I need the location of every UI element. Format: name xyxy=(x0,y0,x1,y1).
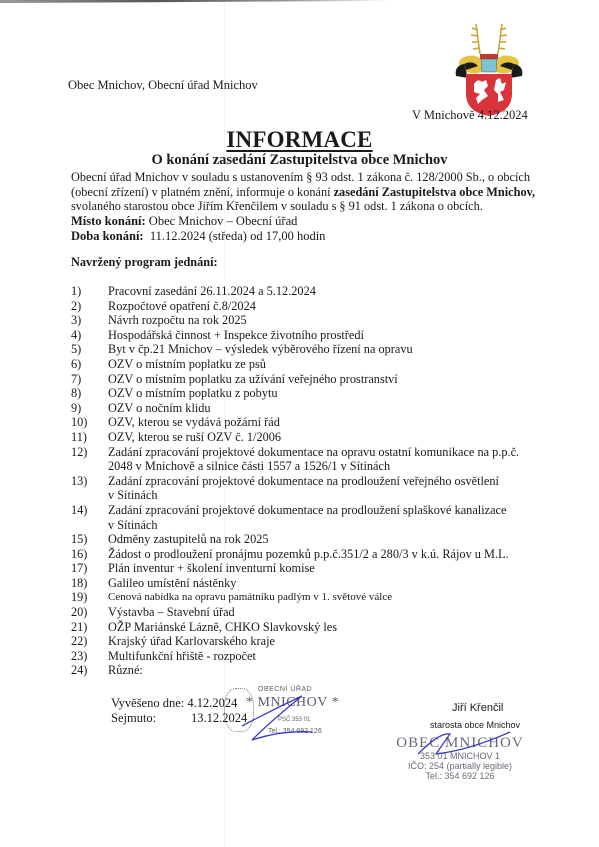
agenda-item: 8)OZV o místním poplatku z pobytu xyxy=(71,386,551,401)
agenda-item: 7)OZV o místním poplatku za užívání veře… xyxy=(71,372,551,387)
agenda-item-text-continued: v Sítinách xyxy=(108,488,551,503)
agenda-item: 12)Zadání zpracování projektové dokument… xyxy=(71,445,551,474)
agenda-item-text: Galileo umístění nástěnky xyxy=(108,576,551,591)
agenda-item-number: 3) xyxy=(71,313,101,328)
agenda-item: 17)Plán inventur + školení inventurní ko… xyxy=(71,561,551,576)
agenda-item-number: 6) xyxy=(71,357,101,372)
agenda-item: 19)Cenová nabídka na opravu památníku pa… xyxy=(71,590,551,605)
program-label: Navržený program jednání: xyxy=(71,255,218,270)
agenda-item-number: 23) xyxy=(71,649,101,664)
agenda-item-text: Odměny zastupitelů na rok 2025 xyxy=(108,532,551,547)
agenda-item-text: Pracovní zasedání 26.11.2024 a 5.12.2024 xyxy=(108,284,551,299)
agenda-item: 2)Rozpočtové opatření č.8/2024 xyxy=(71,299,551,314)
agenda-item-text: Cenová nabídka na opravu památníku padlý… xyxy=(108,590,551,605)
agenda-item-text: Hospodářská činnost + Inspekce životního… xyxy=(108,328,551,343)
agenda-item-number: 5) xyxy=(71,342,101,357)
agenda-item-text: OZV o místním poplatku za užívání veřejn… xyxy=(108,372,551,387)
agenda-item: 24)Různé: xyxy=(71,663,551,678)
agenda-item-number: 20) xyxy=(71,605,101,620)
signature-scribble-right xyxy=(410,728,520,758)
agenda-item: 18)Galileo umístění nástěnky xyxy=(71,576,551,591)
agenda-item-number: 7) xyxy=(71,372,101,387)
agenda-item-text-continued: v Sítinách xyxy=(108,518,551,533)
agenda-list: 1)Pracovní zasedání 26.11.2024 a 5.12.20… xyxy=(71,284,551,678)
agenda-item-number: 18) xyxy=(71,576,101,591)
document-subtitle: O konání zasedání Zastupitelstva obce Mn… xyxy=(0,152,599,169)
agenda-item-number: 21) xyxy=(71,620,101,635)
agenda-item-text: Byt v čp.21 Mnichov – výsledek výběrovéh… xyxy=(108,342,551,357)
agenda-item: 21)OŽP Mariánské Lázně, CHKO Slavkovský … xyxy=(71,620,551,635)
agenda-item-number: 14) xyxy=(71,503,101,518)
agenda-item-text-continued: 2048 v Mnichově a silnice části 1557 a 1… xyxy=(108,459,551,474)
agenda-item-text: Zadání zpracování projektové dokumentace… xyxy=(108,474,551,489)
agenda-item: 20)Výstavba – Stavební úřad xyxy=(71,605,551,620)
signatory-name: Jiří Křenčil xyxy=(452,702,503,714)
agenda-item-number: 16) xyxy=(71,547,101,562)
agenda-item-number: 8) xyxy=(71,386,101,401)
agenda-item: 4)Hospodářská činnost + Inspekce životní… xyxy=(71,328,551,343)
agenda-item-text: OZV o místním poplatku ze psů xyxy=(108,357,551,372)
agenda-item: 14)Zadání zpracování projektové dokument… xyxy=(71,503,551,532)
agenda-item-number: 11) xyxy=(71,430,101,445)
agenda-item-text: OZV o místním poplatku z pobytu xyxy=(108,386,551,401)
agenda-item-text: Plán inventur + školení inventurní komis… xyxy=(108,561,551,576)
agenda-item-number: 1) xyxy=(71,284,101,299)
meeting-time: Doba konání: 11.12.2024 (středa) od 17,0… xyxy=(71,229,325,244)
agenda-item-number: 19) xyxy=(71,590,101,605)
agenda-item: 23)Multifunkční hřiště - rozpočet xyxy=(71,649,551,664)
agenda-item: 11)OZV, kterou se ruší OZV č. 1/2006 xyxy=(71,430,551,445)
agenda-item-number: 22) xyxy=(71,634,101,649)
agenda-item-text: Zadání zpracování projektové dokumentace… xyxy=(108,445,551,460)
document-title: INFORMACE xyxy=(0,127,599,153)
scan-edge xyxy=(0,0,390,3)
agenda-item-text: OZV, kterou se ruší OZV č. 1/2006 xyxy=(108,430,551,445)
agenda-item-number: 24) xyxy=(71,663,101,678)
agenda-item-number: 12) xyxy=(71,445,101,460)
intro-paragraph: Obecní úřad Mnichov v souladu s ustanove… xyxy=(71,170,541,214)
agenda-item: 13)Zadání zpracování projektové dokument… xyxy=(71,474,551,503)
agenda-item-number: 17) xyxy=(71,561,101,576)
agenda-item: 3)Návrh rozpočtu na rok 2025 xyxy=(71,313,551,328)
agenda-item-text: OZV, kterou se vydává požární řád xyxy=(108,415,551,430)
place-date: V Mnichově 4.12.2024 xyxy=(412,108,528,123)
agenda-item-text: Návrh rozpočtu na rok 2025 xyxy=(108,313,551,328)
agenda-item-text: Multifunkční hřiště - rozpočet xyxy=(108,649,551,664)
agenda-item-text: Různé: xyxy=(108,663,551,678)
agenda-item: 6)OZV o místním poplatku ze psů xyxy=(71,357,551,372)
agenda-item: 5)Byt v čp.21 Mnichov – výsledek výběrov… xyxy=(71,342,551,357)
agenda-item-number: 4) xyxy=(71,328,101,343)
organization-header: Obec Mnichov, Obecní úřad Mnichov xyxy=(68,78,258,93)
agenda-item: 1)Pracovní zasedání 26.11.2024 a 5.12.20… xyxy=(71,284,551,299)
coat-of-arms-icon xyxy=(452,20,526,118)
agenda-item: 16)Žádost o prodloužení pronájmu pozemků… xyxy=(71,547,551,562)
agenda-item: 9)OZV o nočním klidu xyxy=(71,401,551,416)
agenda-item-number: 15) xyxy=(71,532,101,547)
agenda-item-text: Rozpočtové opatření č.8/2024 xyxy=(108,299,551,314)
agenda-item-text: OŽP Mariánské Lázně, CHKO Slavkovský les xyxy=(108,620,551,635)
agenda-item-number: 13) xyxy=(71,474,101,489)
agenda-item-number: 9) xyxy=(71,401,101,416)
agenda-item-text: Krajský úřad Karlovarského kraje xyxy=(108,634,551,649)
agenda-item: 10)OZV, kterou se vydává požární řád xyxy=(71,415,551,430)
agenda-item-text: Výstavba – Stavební úřad xyxy=(108,605,551,620)
agenda-item-number: 10) xyxy=(71,415,101,430)
signature-scribble-left xyxy=(232,690,322,750)
agenda-item: 15)Odměny zastupitelů na rok 2025 xyxy=(71,532,551,547)
agenda-item: 22)Krajský úřad Karlovarského kraje xyxy=(71,634,551,649)
meeting-place: Místo konání: Obec Mnichov – Obecní úřad xyxy=(71,214,297,229)
agenda-item-text: Zadání zpracování projektové dokumentace… xyxy=(108,503,551,518)
agenda-item-text: Žádost o prodloužení pronájmu pozemků p.… xyxy=(108,547,551,562)
agenda-item-text: OZV o nočním klidu xyxy=(108,401,551,416)
agenda-item-number: 2) xyxy=(71,299,101,314)
